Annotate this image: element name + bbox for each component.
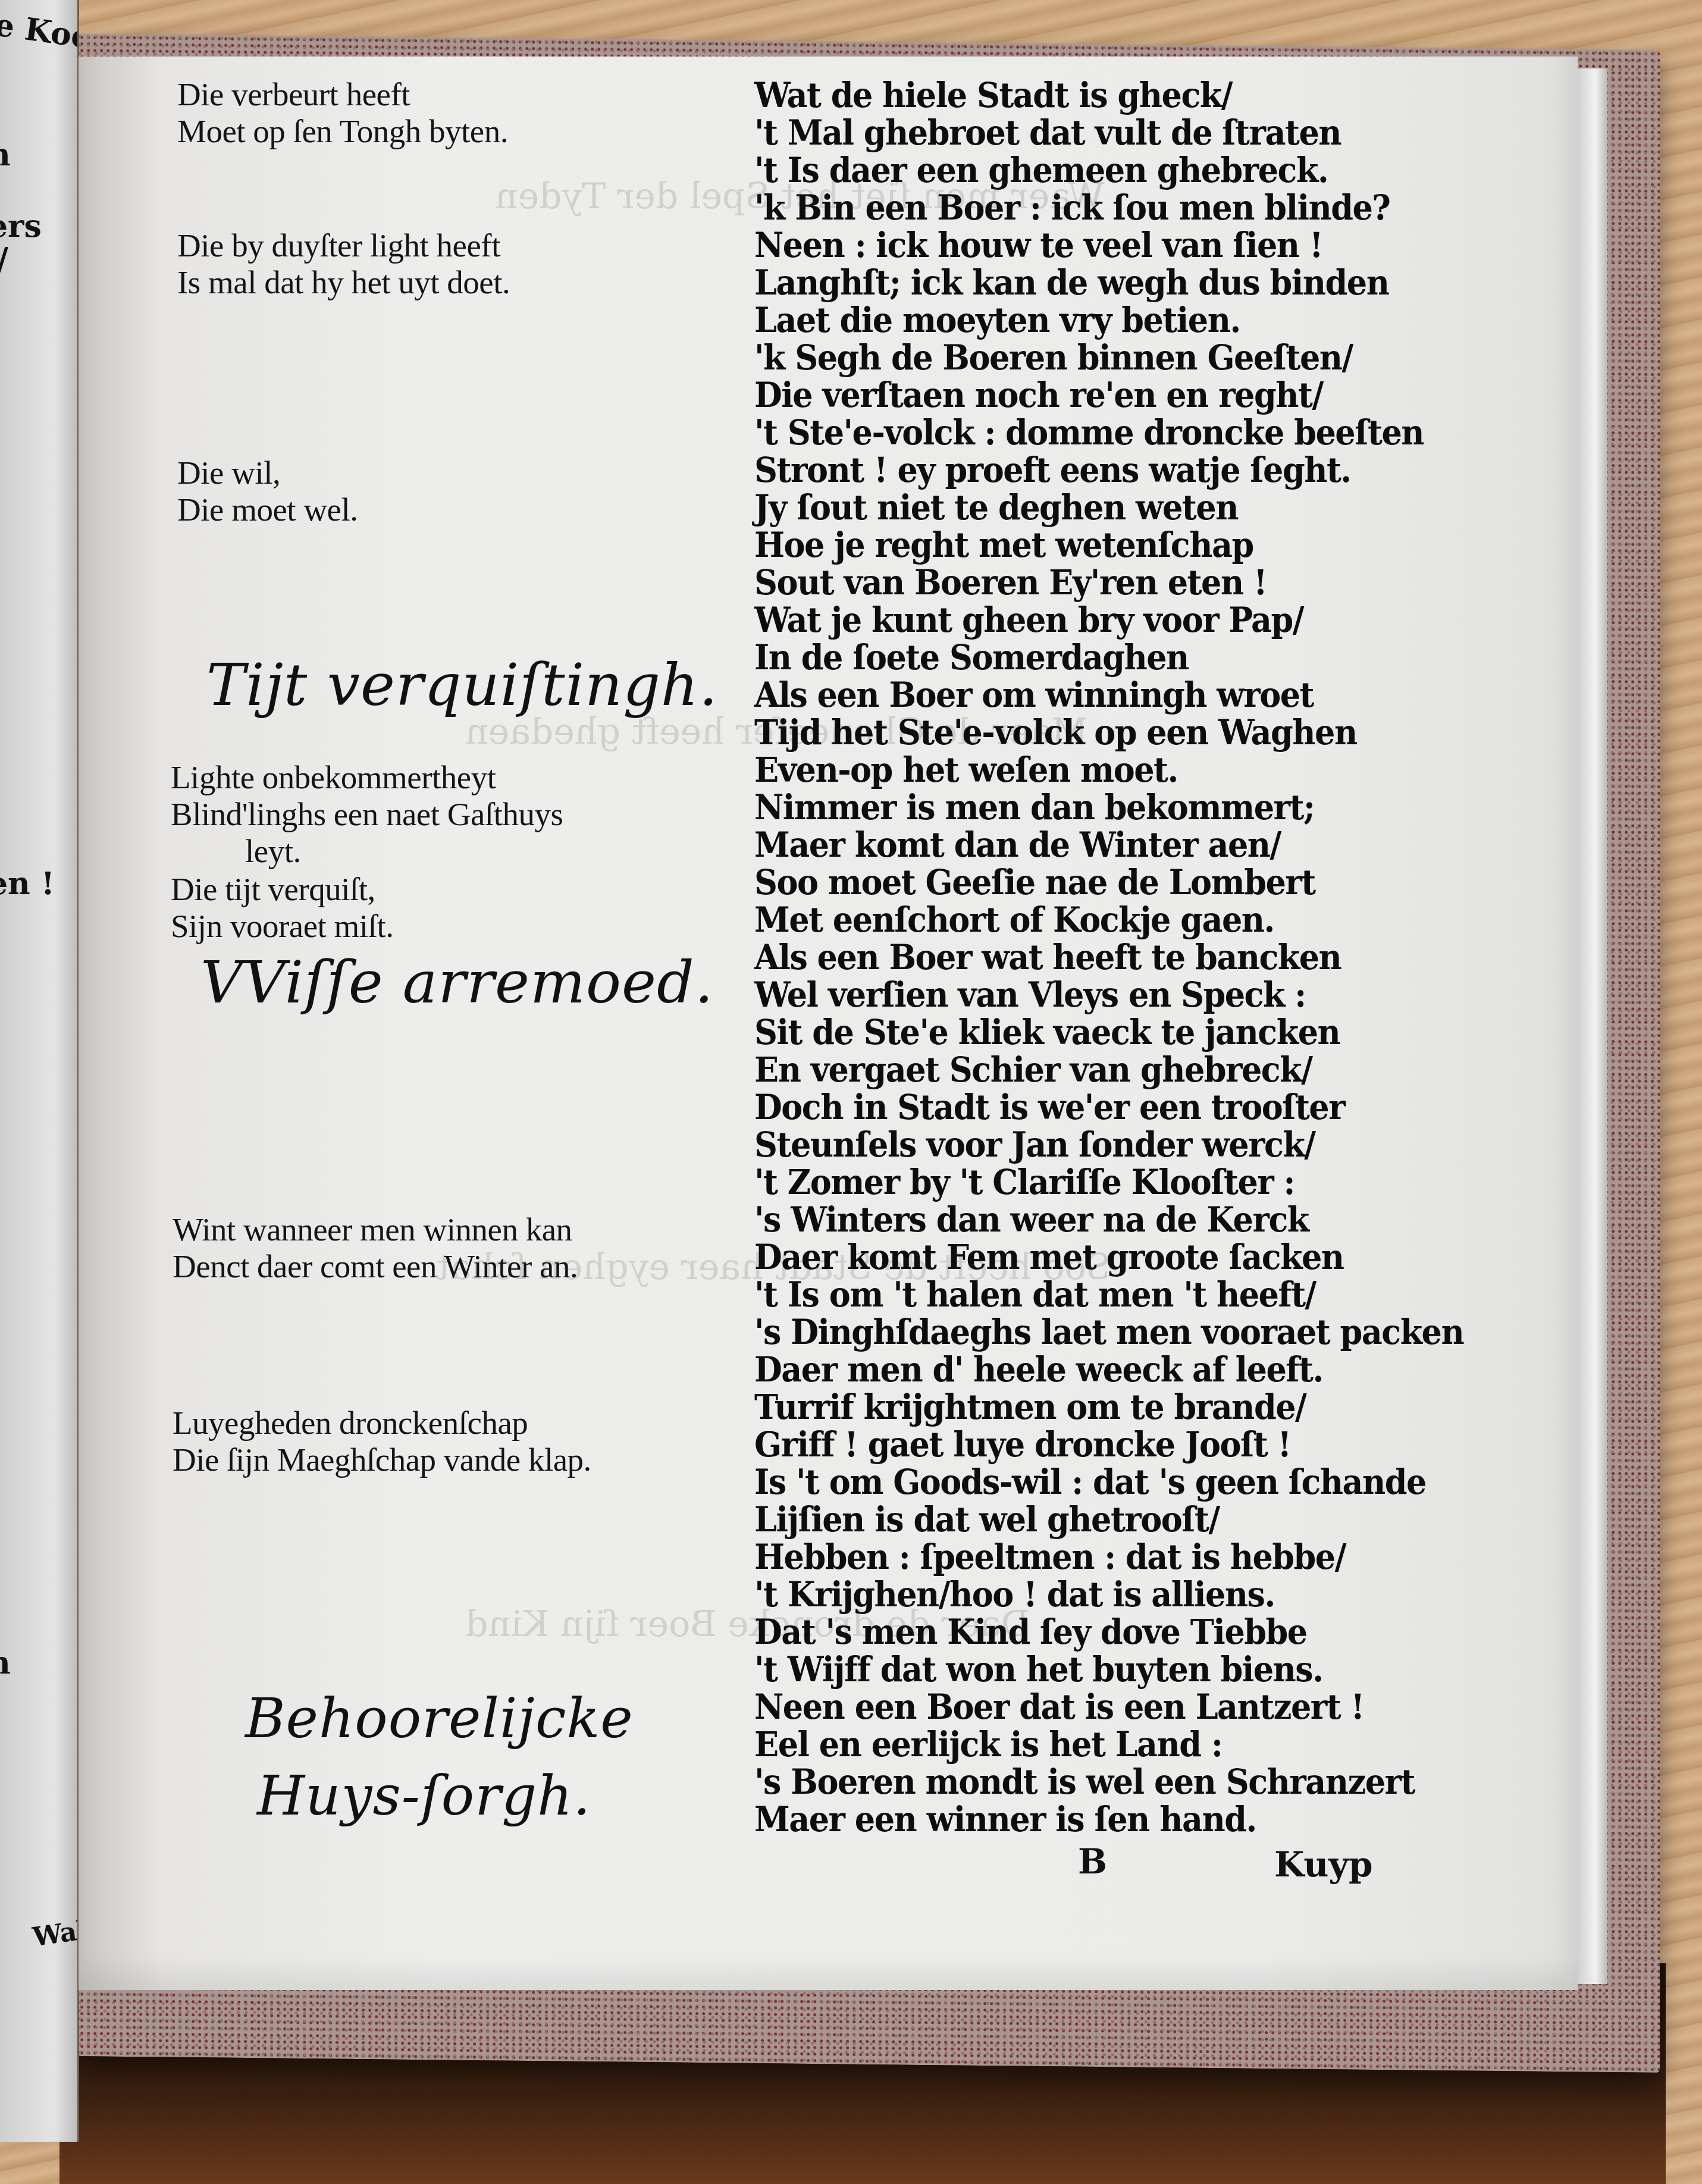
proverb-line: Die moet wel.	[177, 491, 358, 528]
verse-line: In de ſoete Somerdaghen	[754, 636, 1189, 677]
section-heading: Tijt verquiſtingh.	[206, 651, 718, 719]
verse-line: 't Ste'e-volck : domme droncke beeſten	[754, 411, 1424, 452]
verse-line: Dat 's men Kind ſey dove Tiebbe	[754, 1610, 1307, 1652]
proverb-line: Die wil,	[177, 454, 280, 491]
verse-line: 't Is om 't halen dat men 't heeft/	[754, 1273, 1316, 1314]
prev-page-fragment: n	[0, 137, 11, 173]
verse-line: Sit de Ste'e kliek vaeck te jancken	[754, 1011, 1340, 1052]
verse-line: 'k Segh de Boeren binnen Geeſten/	[754, 336, 1353, 377]
catchword: Kuyp	[1274, 1844, 1373, 1885]
proverb-line: Luyegheden dronckenſchap	[173, 1404, 528, 1442]
verse-line: 's Boeren mondt is wel een Schranzert	[754, 1760, 1415, 1801]
verse-line: 't Zomer by 't Clariſſe Klooſter :	[754, 1161, 1294, 1202]
verse-line: Die verſtaen noch re'en en reght/	[754, 374, 1323, 415]
prev-page-fragment: ers	[0, 208, 42, 245]
verse-line: Maer komt dan de Winter aen/	[754, 823, 1281, 864]
verse-line: Griff ! gaet luye droncke Jooſt !	[754, 1423, 1291, 1464]
proverb-line: Die tijt verquiſt,	[171, 870, 375, 908]
verse-line: Is 't om Goods-wil : dat 's geen ſchande	[754, 1461, 1426, 1502]
verse-line: Tijd het Ste'e-volck op een Waghen	[754, 711, 1357, 752]
prev-page-fragment: en !	[0, 866, 55, 902]
verse-line: Doch in Stadt is we'er een trooſter	[754, 1086, 1344, 1127]
previous-page-edge: e Kockijn n ers / en ! n Wal	[0, 0, 79, 2142]
verse-line: Even-op het weſen moet.	[754, 748, 1178, 789]
verse-line: 's Winters dan weer na de Kerck	[754, 1198, 1309, 1239]
verse-line: Hoe je reght met wetenſchap	[754, 524, 1253, 565]
verse-line: Lijſien is dat wel ghetrooſt/	[754, 1498, 1220, 1539]
verse-line: 's Dinghſdaeghs laet men vooraet packen	[754, 1311, 1463, 1352]
proverb-line: Lighte onbekommertheyt	[171, 759, 496, 796]
section-heading: Huys-ſorgh.	[257, 1764, 591, 1828]
section-heading: Behoorelijcke	[245, 1687, 634, 1750]
section-heading: VViſſe arremoed.	[200, 949, 714, 1017]
verse-line: Wat je kunt gheen bry voor Pap/	[754, 599, 1303, 640]
prev-page-fragment: e Kockijn	[0, 7, 79, 65]
verse-line: Langhſt; ick kan de wegh dus binden	[754, 261, 1388, 302]
book-page: Waer men ſiet het Spel der Tyden Maer de…	[79, 57, 1578, 1990]
verse-line: Hebben : ſpeeltmen : dat is hebbe/	[754, 1536, 1346, 1577]
verse-line: Jy ſout niet te deghen weten	[754, 486, 1238, 527]
verse-line: Sout van Boeren Ey'ren eten !	[754, 561, 1267, 602]
proverb-line: Denct daer comt een Winter an.	[173, 1248, 578, 1285]
verse-line: Wat de hiele Stadt is gheck/	[754, 74, 1232, 115]
prev-page-fragment: /	[0, 241, 8, 277]
page-edge	[1578, 68, 1607, 1984]
proverb-line: Die ſijn Maeghſchap vande klap.	[173, 1441, 591, 1478]
verse-line: Steunſels voor Jan ſonder werck/	[754, 1123, 1315, 1164]
verse-line: 'k Bin een Boer : ick ſou men blinde?	[754, 186, 1390, 227]
verse-line: Daer komt Fem met groote ſacken	[754, 1236, 1344, 1277]
proverb-line: Is mal dat hy het uyt doet.	[177, 264, 510, 301]
verse-line: Laet die moeyten vry betien.	[754, 299, 1240, 340]
verse-line: En vergaet Schier van ghebreck/	[754, 1048, 1312, 1089]
verse-line: Maer een winner is ſen hand.	[754, 1798, 1256, 1839]
prev-page-fragment: Wal	[31, 1915, 79, 1953]
verse-line: Met eenſchort of Kockje gaen.	[754, 898, 1274, 939]
verse-line: Daer men d' heele weeck af leeft.	[754, 1348, 1323, 1389]
verse-line: 't Krijghen/hoo ! dat is alliens.	[754, 1573, 1275, 1614]
proverb-line: Moet op ſen Tongh byten.	[177, 112, 508, 150]
proverb-line: leyt.	[245, 832, 301, 870]
proverb-line: Blind'linghs een naet Gaſthuys	[171, 795, 563, 833]
signature-mark: B	[1078, 1841, 1107, 1882]
proverb-line: Die verbeurt heeft	[177, 76, 410, 113]
verse-line: Als een Boer om winningh wroet	[754, 673, 1314, 715]
verse-line: Stront ! ey proeft eens watje ſeght.	[754, 449, 1351, 490]
verse-line: 't Is daer een ghemeen ghebreck.	[754, 149, 1328, 190]
verse-line: Eel en eerlijck is het Land :	[754, 1723, 1222, 1764]
proverb-line: Sijn vooraet miſt.	[171, 907, 393, 945]
verse-line: Nimmer is men dan bekommert;	[754, 786, 1314, 827]
verse-line: 't Mal ghebroet dat vult de ſtraten	[754, 111, 1341, 152]
verse-line: Soo moet Geeſie nae de Lombert	[754, 861, 1315, 902]
verse-line: Neen een Boer dat is een Lantzert !	[754, 1685, 1364, 1726]
verse-line: 't Wijff dat won het buyten biens.	[754, 1648, 1323, 1689]
proverb-line: Wint wanneer men winnen kan	[173, 1211, 572, 1248]
verse-line: Als een Boer wat heeft te bancken	[754, 936, 1341, 977]
verse-line: Turrif krijghtmen om te brande/	[754, 1386, 1306, 1427]
prev-page-fragment: n	[0, 1645, 11, 1681]
verse-line: Neen : ick houw te veel van ſien !	[754, 224, 1322, 265]
proverb-line: Die by duyſter light heeft	[177, 227, 500, 264]
verse-line: Wel verſien van Vleys en Speck :	[754, 973, 1306, 1014]
